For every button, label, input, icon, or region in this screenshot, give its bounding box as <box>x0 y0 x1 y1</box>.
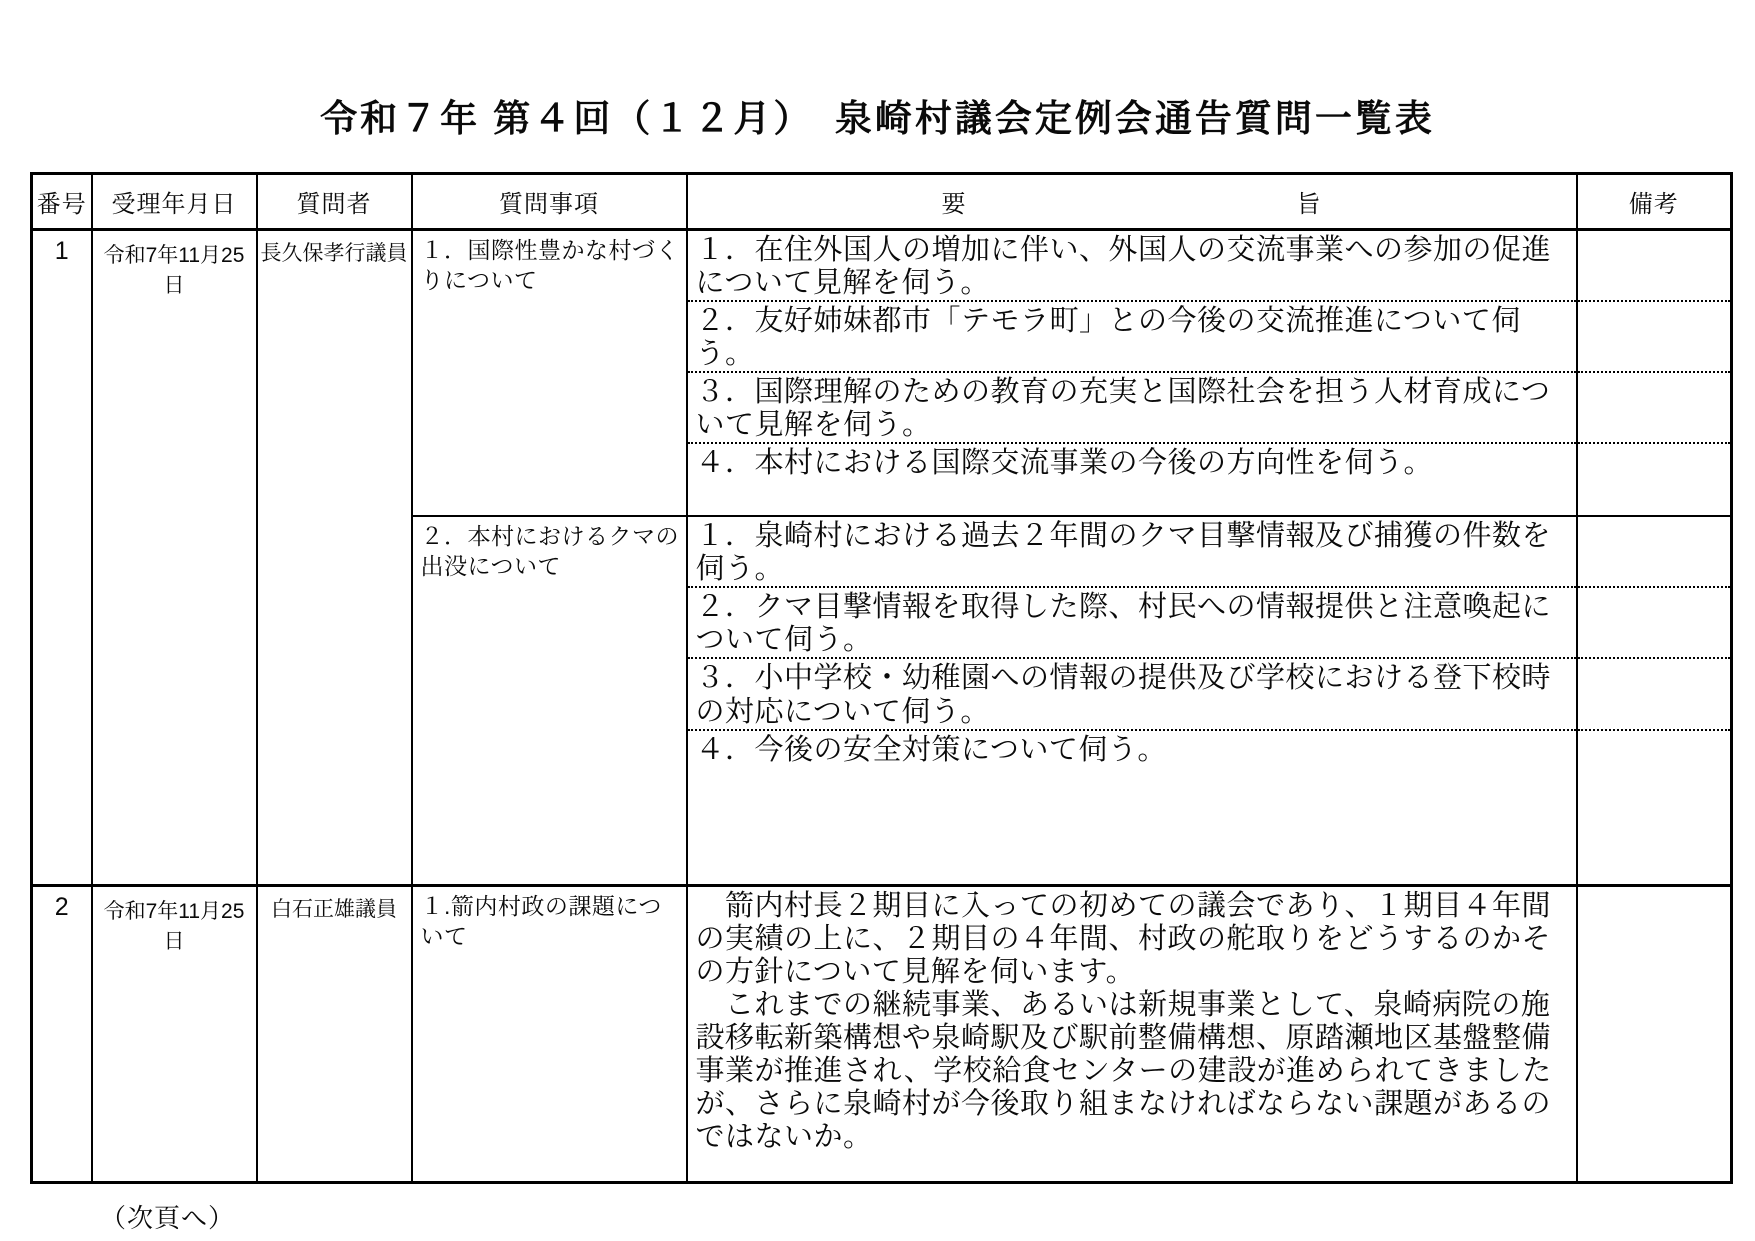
row2-date-cell: 令和7年11月25日 <box>92 886 257 1183</box>
question-list-table: 番号 受理年月日 質問者 質問事項 要 旨 備考 1 令和7年11月25日 長久… <box>30 172 1733 1184</box>
row1-subject1-cell: １．国際性豊かな村づくりについて <box>412 230 687 517</box>
remarks-cell <box>1577 516 1732 587</box>
row2-number-cell: 2 <box>32 886 92 1183</box>
summary-paragraph-cell: 箭内村長２期目に入っての初めての議会であり、１期目４年間の実績の上に、２期目の４… <box>687 886 1577 1183</box>
row1-number-cell: 1 <box>32 230 92 886</box>
header-questioner: 質問者 <box>257 174 412 230</box>
remarks-cell <box>1577 886 1732 1183</box>
header-remarks: 備考 <box>1577 174 1732 230</box>
summary-point-cell: ４．本村における国際交流事業の今後の方向性を伺う。 <box>687 443 1577 516</box>
summary-point-cell: ３．小中学校・幼稚園への情報の提供及び学校における登下校時の対応について伺う。 <box>687 658 1577 729</box>
document-page: 令和７年 第４回（１２月） 泉崎村議会定例会通告質問一覧表 番号 受理年月日 質… <box>0 0 1755 1241</box>
table-row: 1 令和7年11月25日 長久保孝行議員 １．国際性豊かな村づくりについて １．… <box>32 230 1732 302</box>
remarks-cell <box>1577 230 1732 302</box>
row1-subject2-cell: ２．本村におけるクマの出没について <box>412 516 687 885</box>
table-header-row: 番号 受理年月日 質問者 質問事項 要 旨 備考 <box>32 174 1732 230</box>
row2-subject-cell: １.箭内村政の課題について <box>412 886 687 1183</box>
remarks-cell <box>1577 301 1732 372</box>
header-number: 番号 <box>32 174 92 230</box>
header-summary-right-char: 旨 <box>1297 184 1322 219</box>
summary-point-cell: ４．今後の安全対策について伺う。 <box>687 730 1577 886</box>
header-summary-left-char: 要 <box>942 184 967 219</box>
remarks-cell <box>1577 730 1732 886</box>
summary-point-cell: ３．国際理解のための教育の充実と国際社会を担う人材育成について見解を伺う。 <box>687 372 1577 443</box>
summary-point-cell: １．在住外国人の増加に伴い、外国人の交流事業への参加の促進について見解を伺う。 <box>687 230 1577 302</box>
header-summary: 要 旨 <box>687 174 1577 230</box>
table-row: 2 令和7年11月25日 白石正雄議員 １.箭内村政の課題について 箭内村長２期… <box>32 886 1732 1183</box>
summary-point-cell: ２．クマ目撃情報を取得した際、村民への情報提供と注意喚起について伺う。 <box>687 587 1577 658</box>
page-title: 令和７年 第４回（１２月） 泉崎村議会定例会通告質問一覧表 <box>0 0 1755 142</box>
row1-questioner-cell: 長久保孝行議員 <box>257 230 412 886</box>
remarks-cell <box>1577 443 1732 516</box>
header-subject: 質問事項 <box>412 174 687 230</box>
summary-point-cell: ２．友好姉妹都市「テモラ町」との今後の交流推進について伺う。 <box>687 301 1577 372</box>
summary-paragraph: 箭内村長２期目に入っての初めての議会であり、１期目４年間の実績の上に、２期目の４… <box>696 890 1566 989</box>
remarks-cell <box>1577 372 1732 443</box>
remarks-cell <box>1577 587 1732 658</box>
header-date: 受理年月日 <box>92 174 257 230</box>
row2-questioner-cell: 白石正雄議員 <box>257 886 412 1183</box>
summary-paragraph: これまでの継続事業、あるいは新規事業として、泉崎病院の施設移転新築構想や泉崎駅及… <box>696 989 1566 1154</box>
summary-point-cell: １．泉崎村における過去２年間のクマ目撃情報及び捕獲の件数を伺う。 <box>687 516 1577 587</box>
remarks-cell <box>1577 658 1732 729</box>
row1-date-cell: 令和7年11月25日 <box>92 230 257 886</box>
next-page-note: （次頁へ） <box>100 1198 1755 1235</box>
